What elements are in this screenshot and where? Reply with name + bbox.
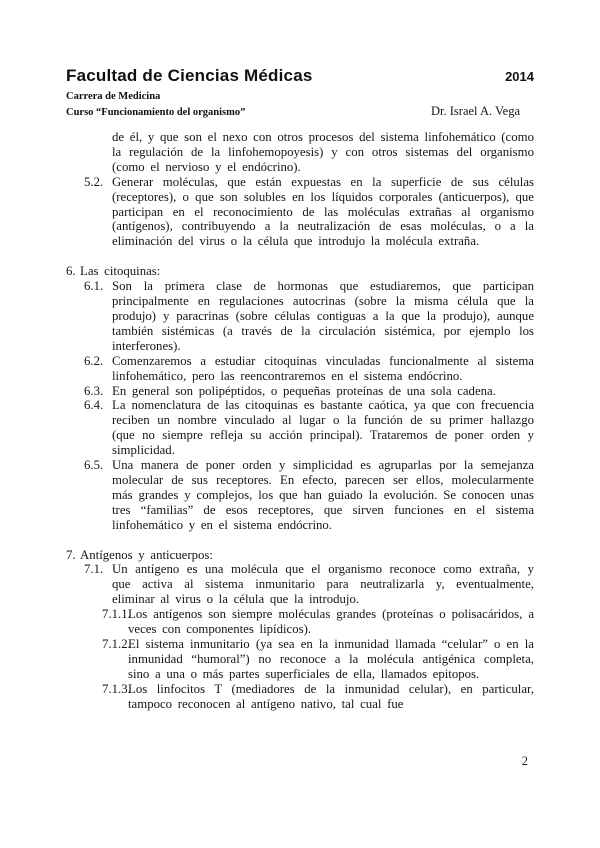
item-number: 5.2. (84, 175, 103, 190)
document-body: de él, y que son el nexo con otros proce… (66, 130, 534, 712)
header-title-row: Facultad de Ciencias Médicas 2014 (66, 66, 534, 86)
item-number: 6.5. (84, 458, 103, 473)
document-header: Facultad de Ciencias Médicas 2014 Carrer… (66, 66, 534, 119)
page-number: 2 (522, 754, 528, 769)
item-number: 7.1.1. (102, 607, 131, 622)
item-text: Comenzaremos a estudiar citoquinas vincu… (112, 354, 534, 383)
item-number: 7.1.3. (102, 682, 131, 697)
item-number: 6.3. (84, 384, 103, 399)
item-number: 7. (66, 548, 76, 563)
item-text: En general son polipéptidos, o pequeñas … (112, 384, 496, 398)
item-number: 7.1. (84, 562, 103, 577)
item-6-3: 6.3. En general son polipéptidos, o pequ… (112, 384, 534, 399)
item-text: Una manera de poner orden y simplicidad … (112, 458, 534, 532)
item-number: 6.1. (84, 279, 103, 294)
item-6-1: 6.1. Son la primera clase de hormonas qu… (112, 279, 534, 354)
course-label: Curso “Funcionamiento del organismo” (66, 106, 245, 119)
item-number: 6.2. (84, 354, 103, 369)
year-label: 2014 (505, 69, 534, 84)
item-text: Los linfocitos T (mediadores de la inmun… (128, 682, 534, 711)
item-text: de él, y que son el nexo con otros proce… (112, 130, 534, 174)
item-text: Antígenos y anticuerpos: (80, 548, 213, 562)
item-6-4: 6.4. La nomenclatura de las citoquinas e… (112, 398, 534, 458)
item-text: Son la primera clase de hormonas que est… (112, 279, 534, 353)
paragraph-continuation: de él, y que son el nexo con otros proce… (112, 130, 534, 175)
item-number: 7.1.2. (102, 637, 131, 652)
item-text: El sistema inmunitario (ya sea en la inm… (128, 637, 534, 681)
item-6: 6. Las citoquinas: (80, 264, 534, 279)
professor-name: Dr. Israel A. Vega (431, 104, 534, 119)
item-text: Un antígeno es una molécula que el organ… (112, 562, 534, 606)
header-course-row: Curso “Funcionamiento del organismo” Dr.… (66, 104, 534, 119)
item-number: 6.4. (84, 398, 103, 413)
document-page: Facultad de Ciencias Médicas 2014 Carrer… (0, 0, 600, 848)
item-7-1: 7.1. Un antígeno es una molécula que el … (112, 562, 534, 607)
item-text: Los antígenos son siempre moléculas gran… (128, 607, 534, 636)
item-7-1-1: 7.1.1. Los antígenos son siempre molécul… (128, 607, 534, 637)
item-7-1-3: 7.1.3. Los linfocitos T (mediadores de l… (128, 682, 534, 712)
item-5-2: 5.2. Generar moléculas, que están expues… (112, 175, 534, 250)
item-number: 6. (66, 264, 76, 279)
item-text: Generar moléculas, que están expuestas e… (112, 175, 534, 249)
faculty-title: Facultad de Ciencias Médicas (66, 66, 313, 86)
item-text: Las citoquinas: (80, 264, 160, 278)
item-text: La nomenclatura de las citoquinas es bas… (112, 398, 534, 457)
item-7-1-2: 7.1.2. El sistema inmunitario (ya sea en… (128, 637, 534, 682)
item-6-2: 6.2. Comenzaremos a estudiar citoquinas … (112, 354, 534, 384)
item-6-5: 6.5. Una manera de poner orden y simplic… (112, 458, 534, 533)
career-label: Carrera de Medicina (66, 91, 534, 103)
item-7: 7. Antígenos y anticuerpos: (80, 548, 534, 563)
